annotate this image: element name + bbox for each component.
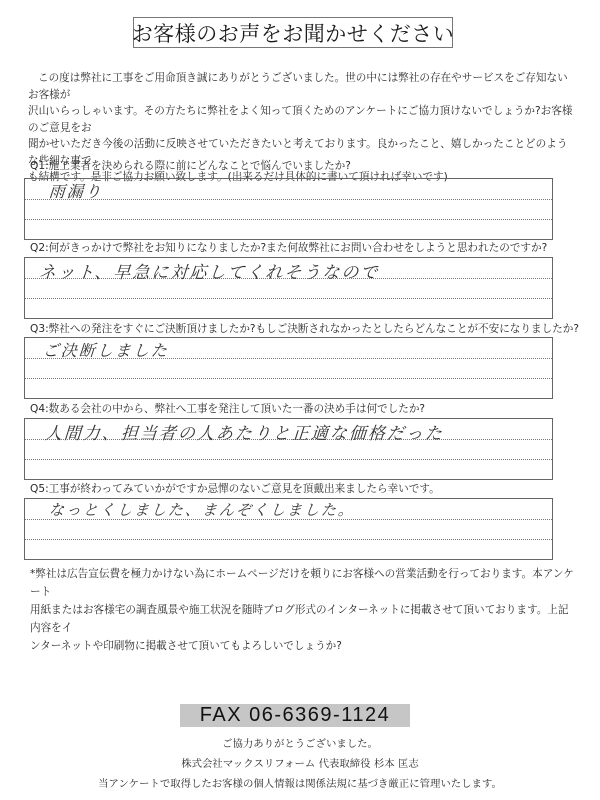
question-5-answer: なっとくしました、まんぞくしました。 xyxy=(48,499,355,520)
question-1-answer-box[interactable]: 雨漏り xyxy=(24,178,553,240)
ruled-line xyxy=(25,298,552,299)
ruled-line xyxy=(25,219,552,220)
question-4-answer: 人間力、担当者の人あたりと正適な価格だった xyxy=(44,419,445,444)
question-3-label: Q3:弊社への発注をすぐにご決断頂けましたか?もしご決断されなかったとしたらどん… xyxy=(30,321,579,336)
ruled-line xyxy=(25,199,552,200)
company-signature: 株式会社マックスリフォーム 代表取締役 杉本 匡志 xyxy=(0,755,600,770)
question-3-answer-box[interactable]: ご決断しました xyxy=(24,337,553,399)
question-2-answer: ネット、早急に対応してくれそうなので xyxy=(38,258,380,283)
question-5-label: Q5:工事が終わってみていかがですか忌憚のないご意見を頂戴出来ましたら幸いです。 xyxy=(30,481,440,496)
question-2-label: Q2:何がきっかけで弊社をお知りになりましたか?また何故弊社にお問い合わせをしよ… xyxy=(30,240,547,255)
question-1-answer: 雨漏り xyxy=(48,179,104,202)
notice-line: 用紙またはお客様宅の調査風景や施工状況を随時ブログ形式のインターネットに掲載させ… xyxy=(30,601,575,637)
thanks-text: ご協力ありがとうございました。 xyxy=(0,735,600,750)
intro-line: この度は弊社に工事をご用命頂き誠にありがとうございました。世の中には弊社の存在や… xyxy=(28,70,578,103)
ruled-line xyxy=(25,539,552,540)
question-3-answer: ご決断しました xyxy=(42,338,170,361)
ruled-line xyxy=(25,378,552,379)
question-5-answer-box[interactable]: なっとくしました、まんぞくしました。 xyxy=(24,498,553,560)
fax-number: FAX 06-6369-1124 xyxy=(180,704,410,727)
page-title: お客様のお声をお聞かせください xyxy=(133,17,453,48)
question-4-answer-box[interactable]: 人間力、担当者の人あたりと正適な価格だった xyxy=(24,418,553,480)
publication-consent-notice: *弊社は広告宣伝費を極力かけない為にホームページだけを頼りにお客様への営業活動を… xyxy=(30,565,575,655)
notice-line: *弊社は広告宣伝費を極力かけない為にホームページだけを頼りにお客様への営業活動を… xyxy=(30,565,575,601)
question-2-answer-box[interactable]: ネット、早急に対応してくれそうなので xyxy=(24,257,553,319)
notice-line: ンターネットや印刷物に掲載させて頂いてもよろしいでしょうか? xyxy=(30,637,575,655)
privacy-statement: 当アンケートで取得したお客様の個人情報は関係法規に基づき厳正に管理いたします。 xyxy=(0,775,600,790)
ruled-line xyxy=(25,459,552,460)
question-4-label: Q4:数ある会社の中から、弊社へ工事を発注して頂いた一番の決め手は何でしたか? xyxy=(30,401,425,416)
intro-line: 沢山いらっしゃいます。その方たちに弊社をよく知って頂くためのアンケートにご協力頂… xyxy=(28,103,578,136)
question-1-label: Q1:施工業者を決められる際に前にどんなことで悩んでいましたか? xyxy=(30,158,351,173)
